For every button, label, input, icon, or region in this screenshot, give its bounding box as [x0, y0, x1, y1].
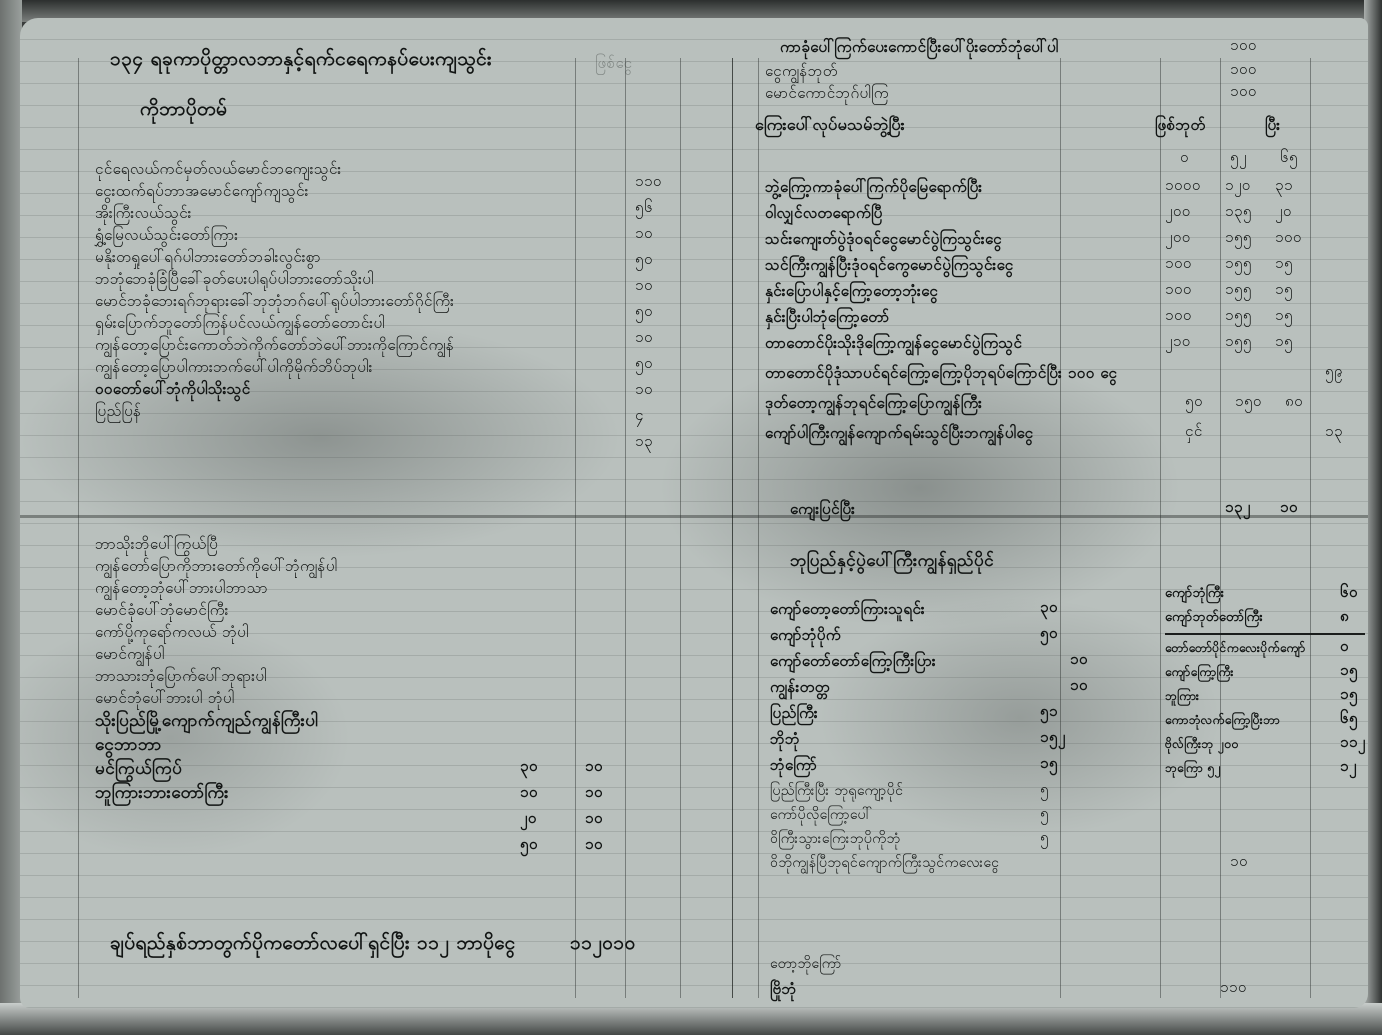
text-line: ရွှံ့မြေလယ်သွင်းတော်ကြား	[95, 224, 454, 246]
text-line: မနိုးတရှုပေါ်ရဂ်ပါဘားတော်ဘခါးလွင်းစွာ	[95, 246, 454, 268]
box-row: ဘူကြား ၁၅	[1165, 685, 1365, 709]
item-text: ကော်ပိုလိုကြော့ပေါ်	[770, 804, 872, 826]
page-divider	[732, 58, 733, 998]
amount: ၅၀	[635, 246, 662, 272]
item-text: ပြည်ကြီး	[770, 702, 818, 724]
item-amount: ၅	[1040, 828, 1049, 850]
right-bottom-line: ဗြိုဘုံ	[770, 978, 797, 1000]
list-item: ကျော်ဘုံပိုက် ၅၀	[770, 624, 1090, 650]
item-amount: ၅၀	[1040, 624, 1058, 646]
list-item: ကျွန်းတတ္တ ၁၀	[770, 676, 1090, 702]
box-row: ဘုကြော ၅၂ ၁၂	[1165, 757, 1365, 781]
ledger-v2: ၅၉	[1325, 362, 1343, 384]
box-text: ဘူကြား	[1165, 685, 1199, 707]
list-item: ပြည်ကြီးပြီး ဘုရုကျော့ပိုင် ၅	[770, 780, 1090, 804]
list-item: ဝိဘိုကျွန်ပြီဘုရင်ကျောက်ကြီးသွင်ကလေးငွေ …	[770, 852, 1090, 878]
text-line: ဝဝတော်ပေါ်ဘုံကိုပါသိုးသွင်	[95, 378, 454, 400]
ledger-v2: ၁၅	[1275, 332, 1293, 354]
text-line: ဘဘုံဘေခုံခြံပြီခေါ်ခုတ်ပေးပါရုပ်ပါဘားတော…	[95, 268, 454, 290]
box-row: ကျော်ဘုံကြီး ၆၀	[1165, 583, 1365, 607]
left-section-2-amounts-b: ၁၀ ၁၀ ၁၀ ၁၀	[585, 753, 603, 857]
right-bottom-line: တော့ဘိုကြော်	[770, 953, 842, 975]
item-text: ကျွန်းတတ္တ	[770, 676, 830, 698]
ledger-qty: ၅၀	[1185, 392, 1203, 414]
item-text: ဝိကြီးသွားကြေးဘုပိုကိုဘုံ	[770, 828, 900, 850]
item-amount: ၅	[1040, 804, 1049, 826]
item-text: ကျော်တော်တော်ကြော့ကြီးပြား	[770, 650, 936, 672]
ledger-v2: ၁၅	[1275, 280, 1293, 302]
amount: ၁၀	[635, 220, 662, 246]
box-text: ဘုကြော ၅၂	[1165, 757, 1221, 779]
list-item: ဘိုဘုံ ၁၅၂	[770, 728, 1090, 754]
text-line: မောင်ဘခုံဘေးရဂ်ဘုရားခေါ်ဘုဘုံဘဂ်ပေါ်ရုပ်…	[95, 290, 454, 312]
right-top-line: ငွေကျွန်ဘုတ်	[765, 60, 838, 82]
right-subtotal-v1: ၁၃၂	[1225, 498, 1251, 520]
ledger-row: ဘွဲ့ကြော့ကာခုံပေါ်ကြက်ပိုမြေရောက်ပြီး ၁၀…	[765, 176, 1355, 202]
text-line: ပြည်ပြန်	[95, 400, 454, 422]
left-footer-amount: ၁၁၂၀၁၀	[570, 930, 636, 956]
ledger-v1: ၁၅၅	[1225, 280, 1252, 302]
item-amount: ၁၀	[1070, 650, 1088, 672]
text-line: မောင်ဘုံပေါ်ဘားပါ ဘုံပါ	[95, 687, 337, 709]
item-text: ဘုံကြော်	[770, 754, 817, 776]
ledger-row: တာတောင်ပိုးသိုးဒိုကြော့ကျွန်ငွေမောင်ပွဲက…	[765, 332, 1355, 362]
ledger-qty: ၁၀၀	[1165, 306, 1192, 328]
amount: ၁၁၀	[635, 168, 662, 194]
amount: ၁၀	[585, 805, 603, 831]
ledger-row: တာတောင်ပိုဒုံသာပင်ရင်ကြော့ကြော့ပိုဘုရပ်က…	[765, 362, 1355, 392]
amount: ၁၀	[635, 324, 662, 350]
ledger-text: ဘွဲ့ကြော့ကာခုံပေါ်ကြက်ပိုမြေရောက်ပြီး	[765, 176, 982, 198]
amount: ၁၀	[635, 376, 662, 402]
amount: ၁၀	[635, 272, 662, 298]
item-amount: ၁၀	[1230, 852, 1248, 874]
item-amount: ၁၅၂	[1040, 728, 1066, 750]
box-divider-rule	[1165, 633, 1365, 635]
left-subheading: ကိုဘာပိုတမ်	[140, 96, 227, 122]
right-subtotal-v2: ၁၀	[1280, 498, 1298, 520]
ledger-v1: ၁၅၅	[1225, 228, 1252, 250]
box-row: ဗိုလ်ကြီးဘု ၂၀၀ ၁၁၂	[1165, 733, 1365, 757]
text-line: ကျွန်တော့ပြောပါကားဘက်ပေါ်ပါကိုမိုက်ဘိပ်ဘ…	[95, 356, 454, 378]
amount: ၂၀	[520, 805, 538, 831]
amount: ၁၀	[585, 779, 603, 805]
ledger-text: ကျော်ပါကြီးကျွန်ကျောက်ရမ်းသွင်ပြီးဘကျွန်…	[765, 422, 1033, 444]
ledger-v1: ၁၅၀	[1235, 392, 1262, 414]
ledger-v2: ၁၀၀	[1275, 228, 1302, 250]
ledger-qty: ၂၀၀	[1165, 228, 1191, 250]
ledger-text: နှင်းပြီးပါဘုံကြော့တော်	[765, 306, 890, 328]
amount: ၅၀	[635, 298, 662, 324]
right-top-line: မောင်ကောင်ဘုဂ်ပါကြ	[765, 82, 889, 104]
box-amount: ၈	[1340, 607, 1349, 629]
left-section-2: ဘာသိုးဘိုပေါ်ကြွယ်ပြီ ကျွန်တော်ပြောကိုဘာ…	[95, 533, 337, 805]
list-item: ဝိကြီးသွားကြေးဘုပိုကိုဘုံ ၅	[770, 828, 1090, 852]
item-text: ဘိုဘုံ	[770, 728, 800, 750]
column-rule	[680, 58, 681, 998]
left-section-1-amounts: ၁၁၀ ၅၆ ၁၀ ၅၀ ၁၀ ၅၀ ၁၀ ၅၀ ၁၀ ၄ ၁၃	[635, 168, 662, 454]
item-amount: ၅	[1040, 780, 1049, 802]
item-text: ကျော်တော့တော်ကြားသူရင်း	[770, 598, 925, 620]
box-text: တော်တော်ပိုင်ကလေးပိုက်ကျော်	[1165, 637, 1306, 659]
box-row: ကောဘုံလက်ကြော့ပြီးဘာ ၆၅	[1165, 709, 1365, 733]
amount: ၅၆	[635, 194, 662, 220]
list-item: ဘုံကြော် ၁၅	[770, 754, 1090, 780]
ledger-text: သင်းကျေးတ်ပွဲဒုံဝရင်ငွေမောင်ပွဲကြသွင်းငွ…	[765, 228, 1002, 250]
amount: ၄	[635, 402, 662, 428]
left-heading: ၁၃၄ ရခုကာပိုတ္တာလဘာနှင့်ရက်ငရေကနပ်ပေးကျသ…	[110, 46, 492, 72]
box-amount: ၆၀	[1340, 583, 1358, 605]
box-text: ကျော်ကြော့ကြီး	[1165, 661, 1234, 683]
right-top-amount: ၁၀၀	[1230, 36, 1257, 58]
amount: ၅၀	[635, 350, 662, 376]
ledger-qty: ၂၁၀	[1165, 332, 1191, 354]
ledger-v1: ၁၂၀	[1225, 176, 1251, 198]
right-subheader: ၆၅	[1280, 148, 1298, 170]
text-line: ကော်ပို့ကုရော်ကလယ် ဘုံပါ	[95, 621, 337, 643]
ledger-v2: ၂၀	[1275, 202, 1292, 224]
text-line: ငွေဘာဘာ	[95, 733, 337, 757]
right-bottom-amount: ၁၁၀	[1220, 978, 1247, 1000]
box-row: တော်တော်ပိုင်ကလေးပိုက်ကျော် ၀	[1165, 637, 1365, 661]
amount: ၅၀	[520, 831, 538, 857]
box-amount: ၁၂	[1340, 757, 1357, 779]
ledger-v2: ၁၃	[1325, 422, 1343, 444]
ledger-qty: ငှင်	[1185, 422, 1203, 444]
ledger-text: ဝါလျှင်လတရောက်ပြီ	[765, 202, 883, 224]
text-line: ဘာသိုးဘိုပေါ်ကြွယ်ပြီ	[95, 533, 337, 555]
text-line: မောင်ခုံပေါ်ဘုံမောင်ကြီး	[95, 599, 337, 621]
right-column-header-col2: ပြီး	[1265, 114, 1280, 136]
right-top-line: ကာခုံပေါ်ကြက်ပေးကောင်ပြီးပေါ်ပိုးတော်ဘုံ…	[780, 36, 1059, 58]
text-line: ငွေးထက်ရပ်ဘာအမောင်ကျော်ကျသွင်း	[95, 180, 454, 202]
right-subheader: ၀	[1180, 148, 1189, 170]
text-line: ကျွန်တော်ပြောကိုဘားတော်ကိုပေါ်ဘုံကျွန်ပါ	[95, 555, 337, 577]
ledger-row: ကျော်ပါကြီးကျွန်ကျောက်ရမ်းသွင်ပြီးဘကျွန်…	[765, 422, 1355, 452]
ledger-v2: ၃၁	[1275, 176, 1293, 198]
ledger-qty: ၁၀၀	[1165, 254, 1192, 276]
box-row: ကျော်ကြော့ကြီး ၁၅	[1165, 661, 1365, 685]
item-text: ကျော်ဘုံပိုက်	[770, 624, 841, 646]
ledger-row: သင်းကျေးတ်ပွဲဒုံဝရင်ငွေမောင်ပွဲကြသွင်းငွ…	[765, 228, 1355, 254]
box-text: ကောဘုံလက်ကြော့ပြီးဘာ	[1165, 709, 1280, 731]
text-line: အိုးကြီးလယ်သွင်း	[95, 202, 454, 224]
right-top-amount: ၁၀၀	[1230, 82, 1257, 104]
right-subheader: ၅၂	[1230, 148, 1247, 170]
item-amount: ၃၀	[1040, 598, 1058, 620]
item-text: ပြည်ကြီးပြီး ဘုရုကျော့ပိုင်	[770, 780, 903, 802]
text-line: ဘူကြားဘားတော်ကြီး	[95, 781, 337, 805]
paper-fold-line	[20, 515, 1368, 518]
text-line: မင်ကြွယ်ကြပ်	[95, 757, 337, 781]
box-row: ကျော်ဘုတ်တော်ကြီး ၈	[1165, 607, 1365, 631]
right-side-box: ကျော်ဘုံကြီး ၆၀ ကျော်ဘုတ်တော်ကြီး ၈ တော်…	[1165, 583, 1365, 781]
text-line: ကျွန်တော့ပြောင်းကောတ်ဘဲကိုက်တော်ဘဲပေါ်ဘာ…	[95, 334, 454, 356]
ledger-qty: ၁၀၀၀	[1165, 176, 1201, 198]
text-line: ရှမ်းပြောက်ဘူတော်ကြန်ပင်လယ်ကျွန်တော်တောင…	[95, 312, 454, 334]
text-line: ကျွန်တော့ဘုံပေါ်ဘားပါဘာသာ	[95, 577, 337, 599]
right-subtotal-label: ကျေးပြင်ပြီး	[790, 498, 855, 520]
right-section2-heading: ဘုပြည်နှင့်ပွဲပေါ်ကြီးကျွန်ရှည်ပိုင်	[790, 548, 994, 574]
text-line: သိုးပြည်မြို့ကျောက်ကျည်ကျွန်ကြီးပါ	[95, 709, 337, 733]
ledger-row: ဒုတ်တော့ကျွန်ဘုရင်ကြော့ပြောကျွန်ကြီး ၅၀ …	[765, 392, 1355, 422]
list-item: ကျော်တော်တော်ကြော့ကြီးပြား ၁၀	[770, 650, 1090, 676]
right-column-header-label: ကြေးပေါ်လုပ်မသမ်ဘွဲ့ပြီး	[755, 114, 905, 136]
ledger-v1: ၁၅၅	[1225, 332, 1252, 354]
ledger-v1: ၁၅၅	[1225, 254, 1252, 276]
column-rule	[625, 58, 626, 998]
ledger-v1: ၁၅၅	[1225, 306, 1252, 328]
text-line: မောင်ကျွန်ပါ	[95, 643, 337, 665]
amount: ၃၀	[520, 753, 538, 779]
box-text: ဗိုလ်ကြီးဘု ၂၀၀	[1165, 733, 1239, 755]
ledger-text: ဒုတ်တော့ကျွန်ဘုရင်ကြော့ပြောကျွန်ကြီး	[765, 392, 982, 414]
list-item: ကျော်တော့တော်ကြားသူရင်း ၃၀	[770, 598, 1090, 624]
list-item: ကော်ပိုလိုကြော့ပေါ် ၅	[770, 804, 1090, 828]
right-entries: ဘွဲ့ကြော့ကာခုံပေါ်ကြက်ပိုမြေရောက်ပြီး ၁၀…	[765, 176, 1355, 452]
right-section-2: ကျော်တော့တော်ကြားသူရင်း ၃၀ ကျော်ဘုံပိုက်…	[770, 598, 1090, 878]
list-item: ပြည်ကြီး ၅၁	[770, 702, 1090, 728]
ledger-text: တာတောင်ပိုဒုံသာပင်ရင်ကြော့ကြော့ပိုဘုရပ်က…	[765, 362, 1117, 384]
item-amount: ၁၅	[1040, 754, 1058, 776]
left-section-2-amounts: ၃၀ ၁၀ ၂၀ ၅၀	[520, 753, 538, 857]
manuscript-page: ၁၃၄ ရခုကာပိုတ္တာလဘာနှင့်ရက်ငရေကနပ်ပေးကျသ…	[20, 18, 1368, 1008]
scan-border-left	[0, 0, 22, 1035]
ledger-v2: ၁၅	[1275, 254, 1293, 276]
column-rule	[575, 58, 576, 998]
left-footer-line: ချပ်ရည်နှစ်ဘာတွက်ပိုကတော်လပေါ်ရှင်ပြီး ၁…	[110, 930, 516, 956]
box-amount: ၀	[1340, 637, 1349, 659]
ledger-text: တာတောင်ပိုးသိုးဒိုကြော့ကျွန်ငွေမောင်ပွဲက…	[765, 332, 1022, 354]
ledger-v2: ၁၅	[1275, 306, 1293, 328]
ledger-v2: ၈၀	[1285, 392, 1303, 414]
amount: ၁၀	[520, 779, 538, 805]
amount: ၁၀	[585, 753, 603, 779]
item-amount: ၁၀	[1070, 676, 1088, 698]
ledger-row: နှင်းပြီးပါဘုံကြော့တော် ၁၀၀ ၁၅၅ ၁၅	[765, 306, 1355, 332]
column-rule	[78, 58, 79, 998]
item-amount: ၅၁	[1040, 702, 1058, 724]
box-text: ကျော်ဘုံကြီး	[1165, 583, 1224, 605]
column-rule	[758, 58, 759, 998]
ledger-qty: ၁၀၀	[1165, 280, 1192, 302]
left-heading-note: ဖြစ်ငွေ	[595, 52, 633, 74]
box-amount: ၁၅	[1340, 685, 1358, 707]
ledger-row: ဝါလျှင်လတရောက်ပြီ ၂၀၀ ၁၃၅ ၂၀	[765, 202, 1355, 228]
ledger-row: သင်ကြီးကျွန်ပြီးဒုံဝရင်ကွေမောင်ပွဲကြသွင်…	[765, 254, 1355, 280]
ledger-row: နှင်းပြောပါနှင့်ကြော့တော့ဘုံးငွေ ၁၀၀ ၁၅၅…	[765, 280, 1355, 306]
right-top-amount: ၁၀၀	[1230, 60, 1257, 82]
amount: ၁၃	[635, 428, 662, 454]
box-amount: ၆၅	[1340, 709, 1358, 731]
ledger-text: နှင်းပြောပါနှင့်ကြော့တော့ဘုံးငွေ	[765, 280, 938, 302]
ledger-text: သင်ကြီးကျွန်ပြီးဒုံဝရင်ကွေမောင်ပွဲကြသွင်…	[765, 254, 1014, 276]
right-column-header-col1: ဖြစ်ဘုတ်	[1155, 114, 1206, 136]
ledger-v1: ၁၃၅	[1225, 202, 1252, 224]
text-line: ဘာသားဘုံပြောက်ပေါ်ဘုရားပါ	[95, 665, 337, 687]
left-section-1: ငုင်ရေလယ်ကင်မှတ်လယ်မောင်ဘကျေးသွင်း ငွေးထ…	[95, 158, 454, 422]
amount: ၁၀	[585, 831, 603, 857]
item-text: ဝိဘိုကျွန်ပြီဘုရင်ကျောက်ကြီးသွင်ကလေးငွေ	[770, 852, 999, 874]
box-text: ကျော်ဘုတ်တော်ကြီး	[1165, 607, 1263, 629]
ledger-qty: ၂၀၀	[1165, 202, 1191, 224]
box-amount: ၁၁၂	[1340, 733, 1366, 755]
box-amount: ၁၅	[1340, 661, 1358, 683]
text-line: ငုင်ရေလယ်ကင်မှတ်လယ်မောင်ဘကျေးသွင်း	[95, 158, 454, 180]
